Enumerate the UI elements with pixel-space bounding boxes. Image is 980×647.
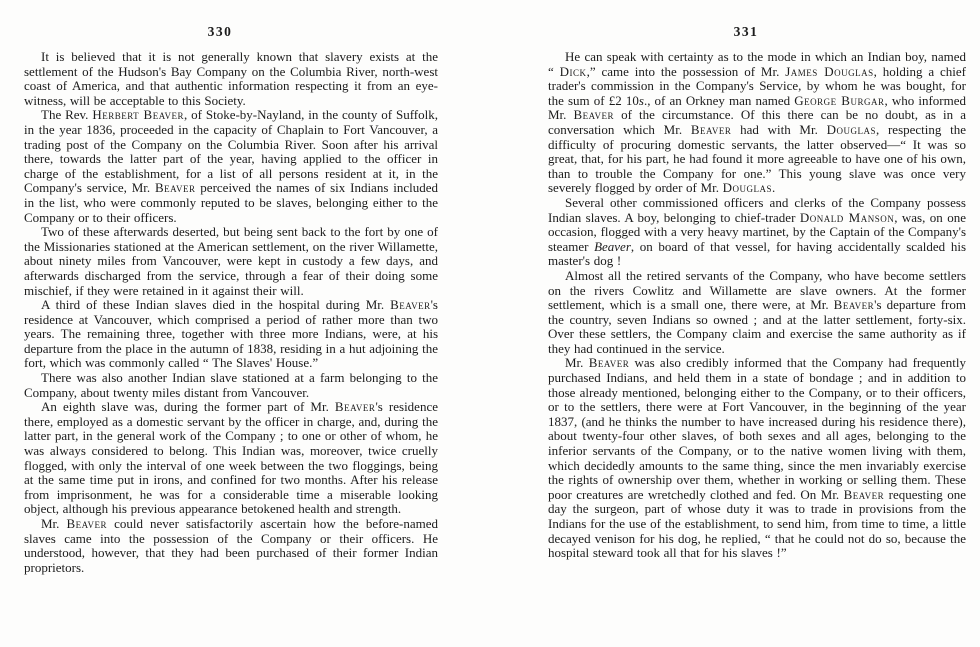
page-text-column: It is believed that it is not generally … bbox=[24, 50, 438, 575]
paragraph: Two of these afterwards deserted, but be… bbox=[24, 225, 438, 298]
page-text-column: He can speak with certainty as to the mo… bbox=[548, 50, 966, 561]
book-spread: 330 It is believed that it is not genera… bbox=[0, 0, 980, 647]
page-number: 331 bbox=[537, 24, 955, 40]
page-number: 330 bbox=[13, 24, 427, 40]
person-name-smallcaps: Douglas bbox=[723, 180, 772, 195]
person-name-smallcaps: Beaver bbox=[155, 180, 196, 195]
person-name-smallcaps: Beaver bbox=[574, 107, 615, 122]
text-run: An eighth slave was, during the former p… bbox=[41, 399, 335, 414]
italic-text: Beaver bbox=[594, 239, 631, 254]
person-name-smallcaps: Beaver bbox=[834, 297, 875, 312]
paragraph: It is believed that it is not generally … bbox=[24, 50, 438, 108]
person-name-smallcaps: Beaver bbox=[589, 355, 630, 370]
person-name-smallcaps: George Burgar bbox=[794, 93, 884, 108]
text-run: It is believed that it is not generally … bbox=[24, 49, 438, 108]
text-run: . bbox=[772, 180, 775, 195]
paragraph: A third of these Indian slaves died in t… bbox=[24, 298, 438, 371]
person-name-smallcaps: Dick bbox=[560, 64, 587, 79]
person-name-smallcaps: Beaver bbox=[691, 122, 732, 137]
text-run: had with Mr. bbox=[731, 122, 826, 137]
text-run: was also credibly informed that the Comp… bbox=[548, 355, 966, 501]
person-name-smallcaps: James Douglas bbox=[785, 64, 873, 79]
person-name-smallcaps: Beaver bbox=[335, 399, 376, 414]
person-name-smallcaps: Douglas bbox=[827, 122, 876, 137]
person-name-smallcaps: Beaver bbox=[844, 487, 885, 502]
paragraph: Several other commissioned officers and … bbox=[548, 196, 966, 269]
paragraph: Mr. Beaver was also credibly informed th… bbox=[548, 356, 966, 560]
person-name-smallcaps: Donald Manson bbox=[800, 210, 894, 225]
paragraph: There was also another Indian slave stat… bbox=[24, 371, 438, 400]
person-name-smallcaps: Beaver bbox=[67, 516, 108, 531]
text-run: 's residence there, employed as a domest… bbox=[24, 399, 438, 516]
book-page-right: 331 He can speak with certainty as to th… bbox=[548, 24, 966, 561]
text-run: Mr. bbox=[565, 355, 589, 370]
paragraph: An eighth slave was, during the former p… bbox=[24, 400, 438, 517]
text-run: ,” came into the possession of Mr. bbox=[587, 64, 786, 79]
paragraph: Mr. Beaver could never satisfactorily as… bbox=[24, 517, 438, 575]
person-name-smallcaps: Herbert Beaver bbox=[92, 107, 184, 122]
text-run: Mr. bbox=[41, 516, 67, 531]
book-page-left: 330 It is believed that it is not genera… bbox=[24, 24, 438, 575]
person-name-smallcaps: Beaver bbox=[390, 297, 431, 312]
text-run: There was also another Indian slave stat… bbox=[24, 370, 438, 400]
paragraph: The Rev. Herbert Beaver, of Stoke-by-Nay… bbox=[24, 108, 438, 225]
paragraph: Almost all the retired servants of the C… bbox=[548, 269, 966, 357]
text-run: Two of these afterwards deserted, but be… bbox=[24, 224, 438, 297]
text-run: The Rev. bbox=[41, 107, 92, 122]
text-run: A third of these Indian slaves died in t… bbox=[41, 297, 390, 312]
text-run: ., of an Orkney man named bbox=[644, 93, 794, 108]
paragraph: He can speak with certainty as to the mo… bbox=[548, 50, 966, 196]
